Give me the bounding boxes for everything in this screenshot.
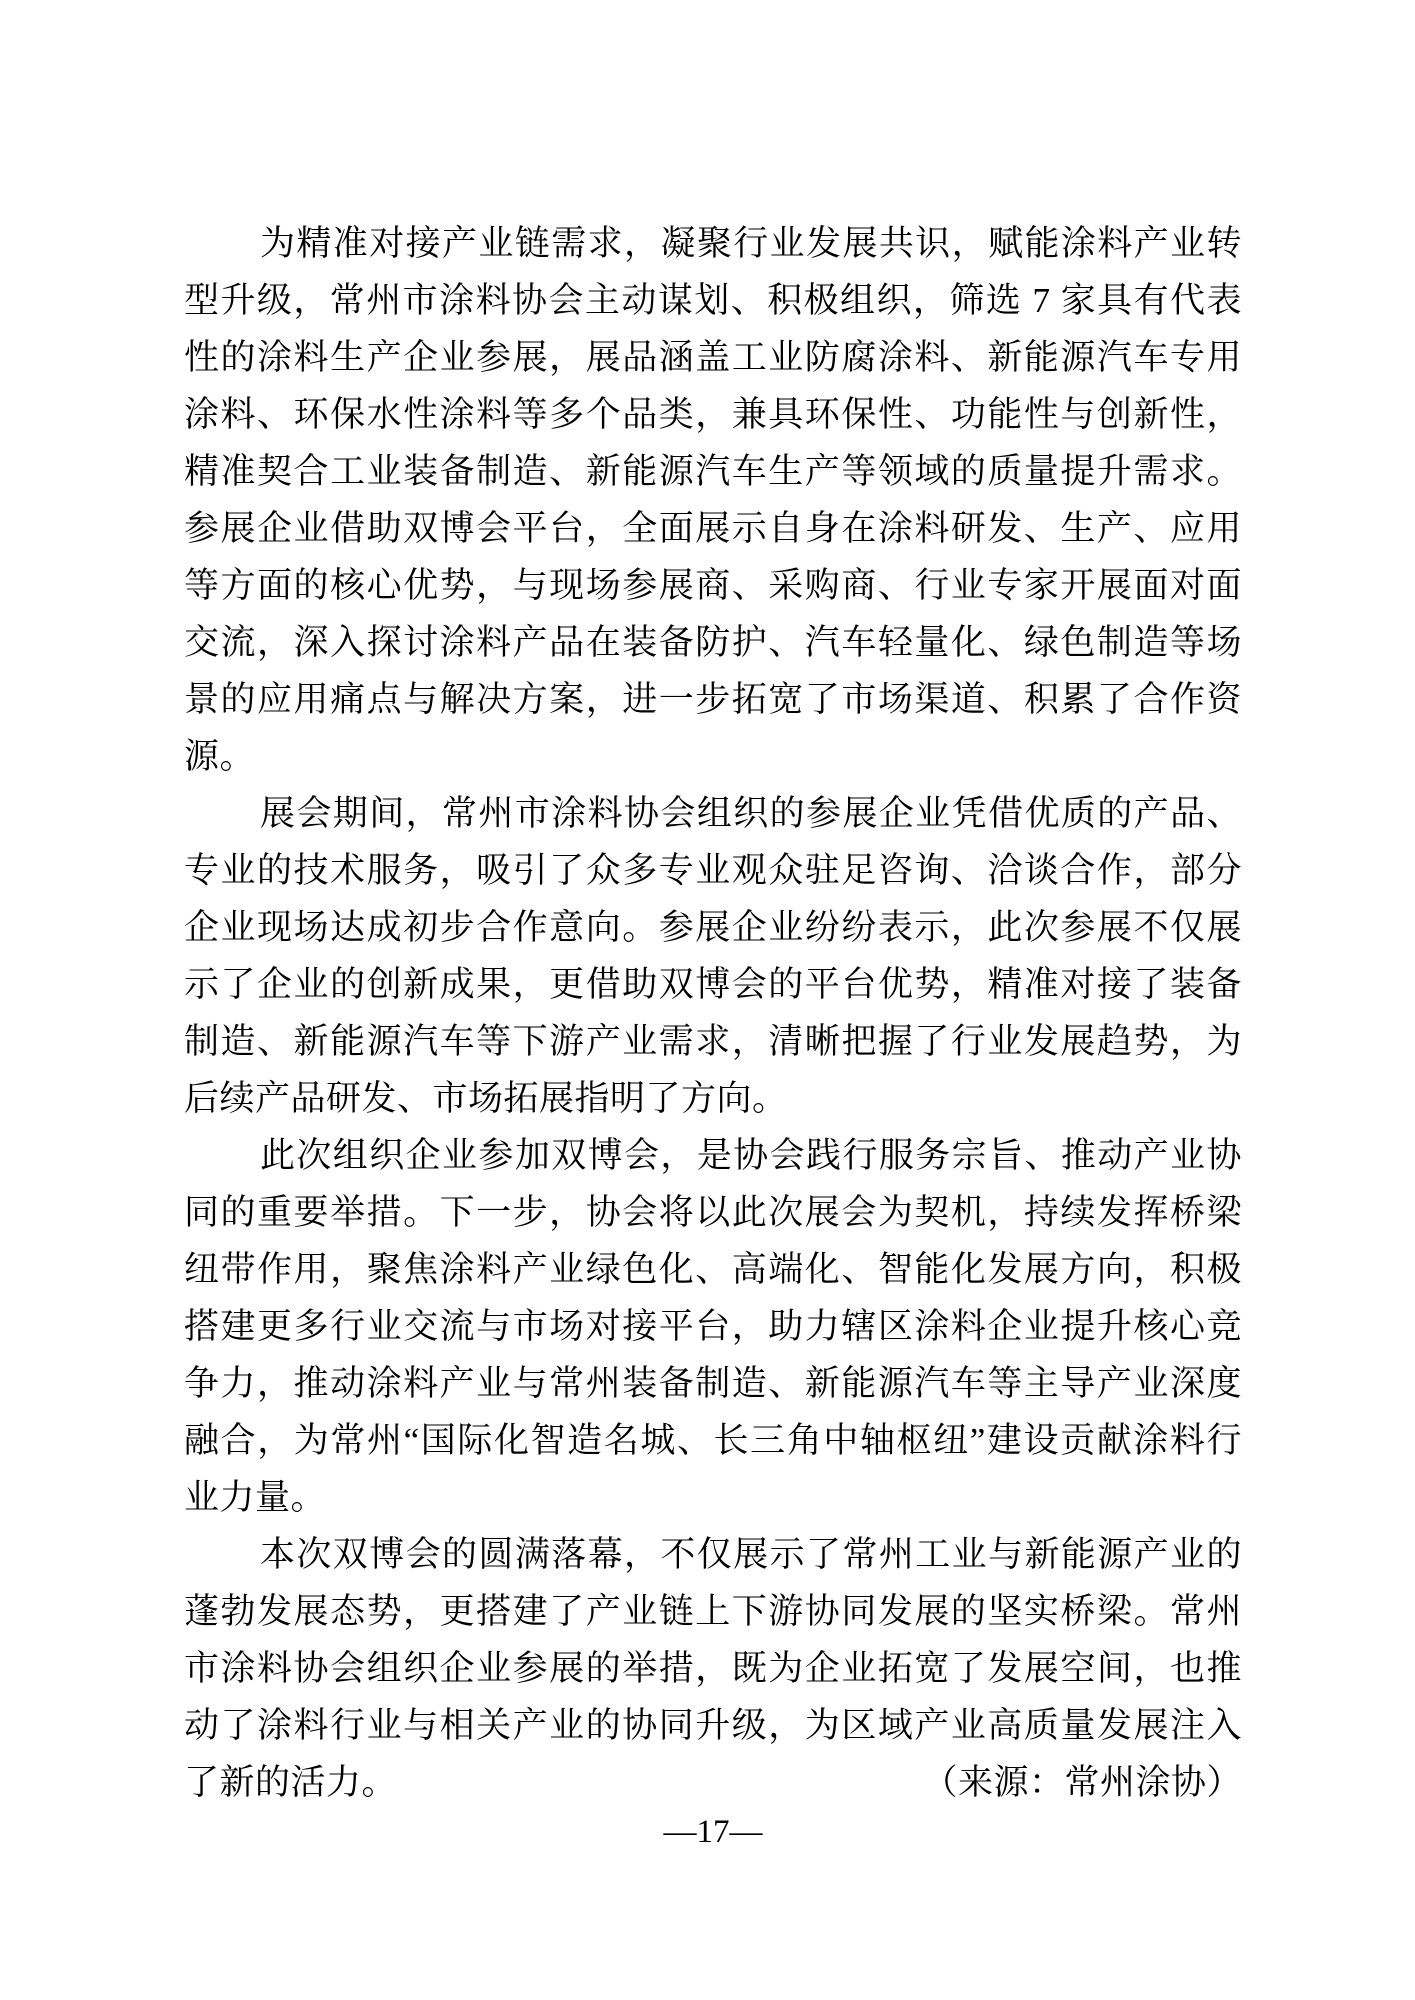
paragraph-3: 此次组织企业参加双博会，是协会践行服务宗旨、推动产业协同的重要举措。下一步，协会… [184,1127,1242,1526]
paragraph-1: 为精准对接产业链需求，凝聚行业发展共识，赋能涂料产业转型升级，常州市涂料协会主动… [184,215,1242,785]
page-number: —17— [184,1812,1242,1852]
document-body: 为精准对接产业链需求，凝聚行业发展共识，赋能涂料产业转型升级，常州市涂料协会主动… [184,215,1242,1811]
document-page: 为精准对接产业链需求，凝聚行业发展共识，赋能涂料产业转型升级，常州市涂料协会主动… [0,0,1415,2000]
paragraph-2: 展会期间，常州市涂料协会组织的参展企业凭借优质的产品、专业的技术服务，吸引了众多… [184,785,1242,1127]
